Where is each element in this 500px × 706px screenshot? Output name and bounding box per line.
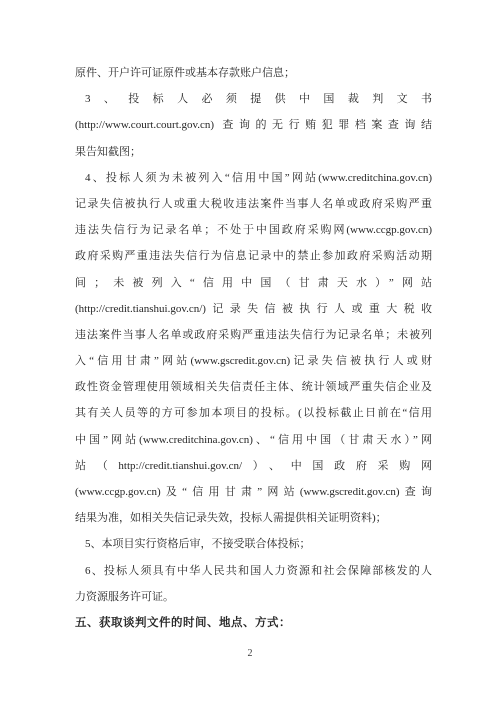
text-line: 结果为准，如相关失信记录失效，投标人需提供相关证明资料)； <box>75 505 432 531</box>
page-number: 2 <box>0 648 500 659</box>
text-line: 果告知截图； <box>75 139 432 165</box>
text-line: (http://www.court.court.gov.cn) 查询的无行贿犯罪… <box>75 112 432 138</box>
text-line: 违法案件当事人名单或政府采购严重违法失信行为记录名单；未被列 <box>75 322 432 348</box>
text-line: 间；未被列入“信用中国（甘肃天水）”网站 <box>75 270 432 296</box>
text-line: 6、投标人须具有中华人民共和国人力资源和社会保障部核发的人 <box>75 558 432 584</box>
document-body: 原件、开户许可证原件或基本存款账户信息； 3、投标人必须提供中国裁判文书 (ht… <box>75 60 432 636</box>
text-line: 4、投标人须为未被列入“信用中国”网站(www.creditchina.gov.… <box>75 165 432 191</box>
text-line: 站（http://credit.tianshui.gov.cn/）、中国政府采购… <box>75 453 432 479</box>
text-line: 力资源服务许可证。 <box>75 584 432 610</box>
text-line: 5、本项目实行资格后审，不接受联合体投标； <box>75 531 432 557</box>
text-line: 记录失信被执行人或重大税收违法案件当事人名单或政府采购严重 <box>75 191 432 217</box>
text-line: 其有关人员等的方可参加本项目的投标。(以投标截止日前在“信用 <box>75 400 432 426</box>
text-line: 中国”网站(www.creditchina.gov.cn)、“信用中国（甘肃天水… <box>75 427 432 453</box>
text-line: 政府采购严重违法失信行为信息记录中的禁止参加政府采购活动期 <box>75 243 432 269</box>
text-line: 入“信用甘肃”网站(www.gscredit.gov.cn)记录失信被执行人或财 <box>75 348 432 374</box>
text-line: 政性资金管理使用领域相关失信责任主体、统计领域严重失信企业及 <box>75 374 432 400</box>
text-line: (http://credit.tianshui.gov.cn/)记录失信被执行人… <box>75 296 432 322</box>
text-line: (www.ccgp.gov.cn)及“信用甘肃”网站(www.gscredit.… <box>75 479 432 505</box>
text-line: 违法失信行为记录名单；不处于中国政府采购网(www.ccgp.gov.cn) <box>75 217 432 243</box>
section-heading: 五、获取谈判文件的时间、地点、方式： <box>75 610 432 636</box>
text-line: 3、投标人必须提供中国裁判文书 <box>75 86 432 112</box>
text-line: 原件、开户许可证原件或基本存款账户信息； <box>75 60 432 86</box>
document-page: 原件、开户许可证原件或基本存款账户信息； 3、投标人必须提供中国裁判文书 (ht… <box>0 0 500 706</box>
